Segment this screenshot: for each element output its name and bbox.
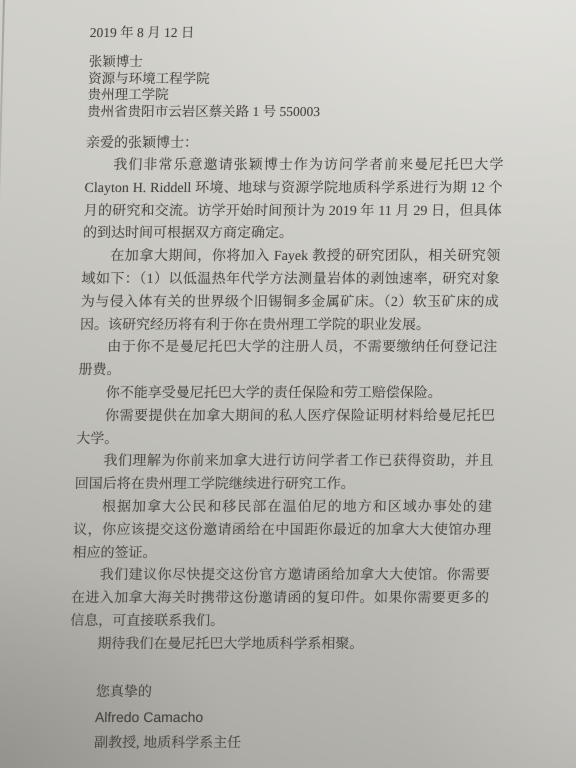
- salutation: 亲爱的张颖博士：: [86, 133, 505, 155]
- paper-edge: [0, 0, 5, 341]
- recipient-institution: 贵州理工学院: [87, 87, 506, 104]
- letter-paragraph: 由于你不是曼尼托巴大学的注册人员，不需要缴纳任何登记注册费。: [78, 337, 498, 383]
- letter-document: 2019 年 8 月 12 日 张颖博士 资源与环境工程学院 贵州理工学院 贵州…: [66, 24, 508, 756]
- letter-paragraph: 我们非常乐意邀请张颖博士作为访问学者前来曼尼托巴大学 Clayton H. Ri…: [83, 155, 504, 246]
- letter-paragraph: 在加拿大期间，你将加入 Fayek 教授的研究团队，相关研究领域如下：（1）以低…: [80, 246, 501, 337]
- letter-paragraph: 我们建议你尽快提交这份官方邀请函给加拿大大使馆。你需要在进入加拿大海关时携带这份…: [70, 565, 490, 633]
- recipient-address: 贵州省贵阳市云岩区蔡关路 1 号 550003: [87, 104, 506, 121]
- recipient-block: 张颖博士 资源与环境工程学院 贵州理工学院 贵州省贵阳市云岩区蔡关路 1 号 5…: [87, 54, 507, 120]
- letter-paragraph: 根据加拿大公民和移民部在温伯尼的地方和区域办事处的建议，你应该提交这份邀请函给在…: [72, 497, 492, 565]
- signature-name: Alfredo Camacho: [67, 705, 486, 731]
- letter-body: 我们非常乐意邀请张颖博士作为访问学者前来曼尼托巴大学 Clayton H. Ri…: [69, 155, 504, 657]
- recipient-department: 资源与环境工程学院: [88, 71, 507, 88]
- closing-block: 您真挚的 Alfredo Camacho 副教授, 地质科学系主任: [66, 680, 487, 757]
- letter-paragraph: 你需要提供在加拿大期间的私人医疗保险证明材料给曼尼托巴大学。: [76, 406, 496, 452]
- recipient-name: 张颖博士: [88, 54, 507, 71]
- signature-title: 副教授, 地质科学系主任: [66, 731, 485, 757]
- letter-paragraph: 我们理解为你前来加拿大进行访问学者工作已获得资助，并且回国后将在贵州理工学院继续…: [74, 451, 494, 497]
- letter-paragraph: 你不能享受曼尼托巴大学的责任保险和劳工赔偿保险。: [77, 383, 496, 406]
- letter-date: 2019 年 8 月 12 日: [89, 24, 508, 41]
- letter-paragraph: 期待我们在曼尼托巴大学地质科学系相聚。: [69, 634, 488, 657]
- closing-phrase: 您真挚的: [67, 680, 486, 706]
- letter-photo: 2019 年 8 月 12 日 张颖博士 资源与环境工程学院 贵州理工学院 贵州…: [0, 0, 576, 768]
